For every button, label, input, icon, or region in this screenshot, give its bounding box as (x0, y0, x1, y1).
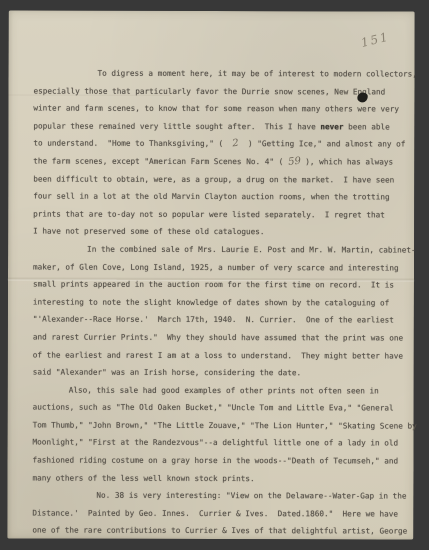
typed-line: and rarest Currier Prints." Why they sho… (33, 328, 409, 347)
typed-text-segment: interesting to note the slight knowledge… (33, 297, 389, 307)
typed-text-segment: been able (343, 122, 389, 131)
typed-text-segment: to understand. "Home to Thanksgiving," ( (33, 139, 232, 149)
typed-text-segment: auctions, such as "The Old Oaken Bucket,… (33, 403, 394, 413)
typed-text-segment: small prints appeared in the auction roo… (33, 280, 394, 290)
typed-text-segment: the farm scenes, except "American Farm S… (33, 157, 288, 167)
typed-text-segment: and rarest Currier Prints." Why they sho… (33, 332, 403, 342)
typed-text-segment: In the combined sale of Mrs. Laurie E. P… (87, 245, 416, 255)
typed-text-segment: winter and farm scenes, to know that for… (33, 104, 399, 114)
typed-line: interesting to note the slight knowledge… (33, 293, 409, 312)
typed-line: four sell in a lot at the old Marvin Cla… (33, 188, 409, 207)
typed-line: been difficult to obtain, were, as a gro… (33, 170, 409, 189)
typed-text-segment: prints that are to-day not so popular we… (33, 209, 385, 219)
typed-line: of the earliest and rarest I am at a los… (33, 346, 409, 365)
typed-line: prints that are to-day not so popular we… (33, 205, 409, 224)
typed-text-segment: one of the rare contributions to Currier… (32, 526, 407, 536)
typed-line: I have not preserved some of these old c… (33, 223, 409, 242)
typed-text-segment: never (320, 122, 343, 131)
typed-line: said "Alexander" was an Irish horse, con… (33, 364, 409, 383)
typed-text-segment: fashioned riding costume on a gray horse… (33, 456, 399, 466)
typed-text-segment: maker, of Glen Cove, Long Island, 1925, … (33, 262, 399, 272)
document-page: 151 To digress a moment here, it may be … (7, 10, 414, 539)
typed-text-segment: many others of the less well known stock… (32, 473, 254, 483)
typed-line: "'Alexander--Race Horse.' March 17th, 19… (33, 311, 409, 330)
typed-text-segment: I have not preserved some of these old c… (33, 227, 264, 237)
typed-line: fashioned riding costume on a gray horse… (32, 452, 408, 471)
typed-line: auctions, such as "The Old Oaken Bucket,… (33, 399, 409, 418)
pencil-annotation: 2 (231, 135, 239, 153)
typed-line: one of the rare contributions to Currier… (32, 522, 408, 541)
typed-line: Distance.' Painted by Geo. Innes. Currie… (32, 504, 408, 523)
typed-line: To digress a moment here, it may be of i… (34, 65, 410, 84)
typed-line: small prints appeared in the auction roo… (33, 276, 409, 295)
typed-text-segment: said "Alexander" was an Irish horse, con… (33, 368, 301, 378)
typed-text-segment: No. 38 is very interesting: "View on the… (96, 491, 406, 501)
typed-line: to understand. "Home to Thanksgiving," (… (33, 135, 409, 154)
typed-text-segment: To digress a moment here, it may be of i… (98, 69, 417, 79)
typed-text-segment: Also, this sale had good examples of oth… (69, 385, 379, 395)
typed-text-segment: "'Alexander--Race Horse.' March 17th, 19… (33, 315, 394, 325)
typed-line: many others of the less well known stock… (32, 469, 408, 488)
typed-line: especially those that particularly favor… (33, 82, 409, 101)
typed-text-segment: Moonlight," "First at the Randezvous"--a… (33, 438, 399, 448)
typed-line: Tom Thumb," "John Brown," "The Little Zo… (33, 416, 409, 435)
typed-text-block: To digress a moment here, it may be of i… (32, 65, 409, 541)
typed-text-segment: ), which has always (301, 157, 394, 166)
typed-line: popular these remained very little sough… (33, 117, 409, 136)
typed-text-segment: Tom Thumb," "John Brown," "The Little Zo… (33, 420, 417, 430)
typed-text-segment: popular these remained very little sough… (33, 121, 320, 131)
typed-text-segment: especially those that particularly favor… (33, 86, 385, 96)
typed-line: maker, of Glen Cove, Long Island, 1925, … (33, 258, 409, 277)
typed-line: the farm scenes, except "American Farm S… (33, 153, 409, 172)
typed-text-segment: ) "Getting Ice," and almost any of (239, 139, 406, 148)
typed-line: In the combined sale of Mrs. Laurie E. P… (33, 240, 409, 259)
typed-text-segment: four sell in a lot at the old Marvin Cla… (33, 192, 389, 202)
typed-text-segment: been difficult to obtain, were, as a gro… (33, 174, 394, 184)
typed-text-segment: Distance.' Painted by Geo. Innes. Currie… (32, 508, 398, 518)
pencil-annotation: 59 (287, 153, 301, 172)
typed-text-segment: of the earliest and rarest I am at a los… (33, 350, 403, 360)
page-number-annotation: 151 (360, 27, 402, 50)
typed-line: winter and farm scenes, to know that for… (33, 100, 409, 119)
typed-line: No. 38 is very interesting: "View on the… (32, 487, 408, 506)
typed-line: Also, this sale had good examples of oth… (33, 381, 409, 400)
typed-line: Moonlight," "First at the Randezvous"--a… (33, 434, 409, 453)
